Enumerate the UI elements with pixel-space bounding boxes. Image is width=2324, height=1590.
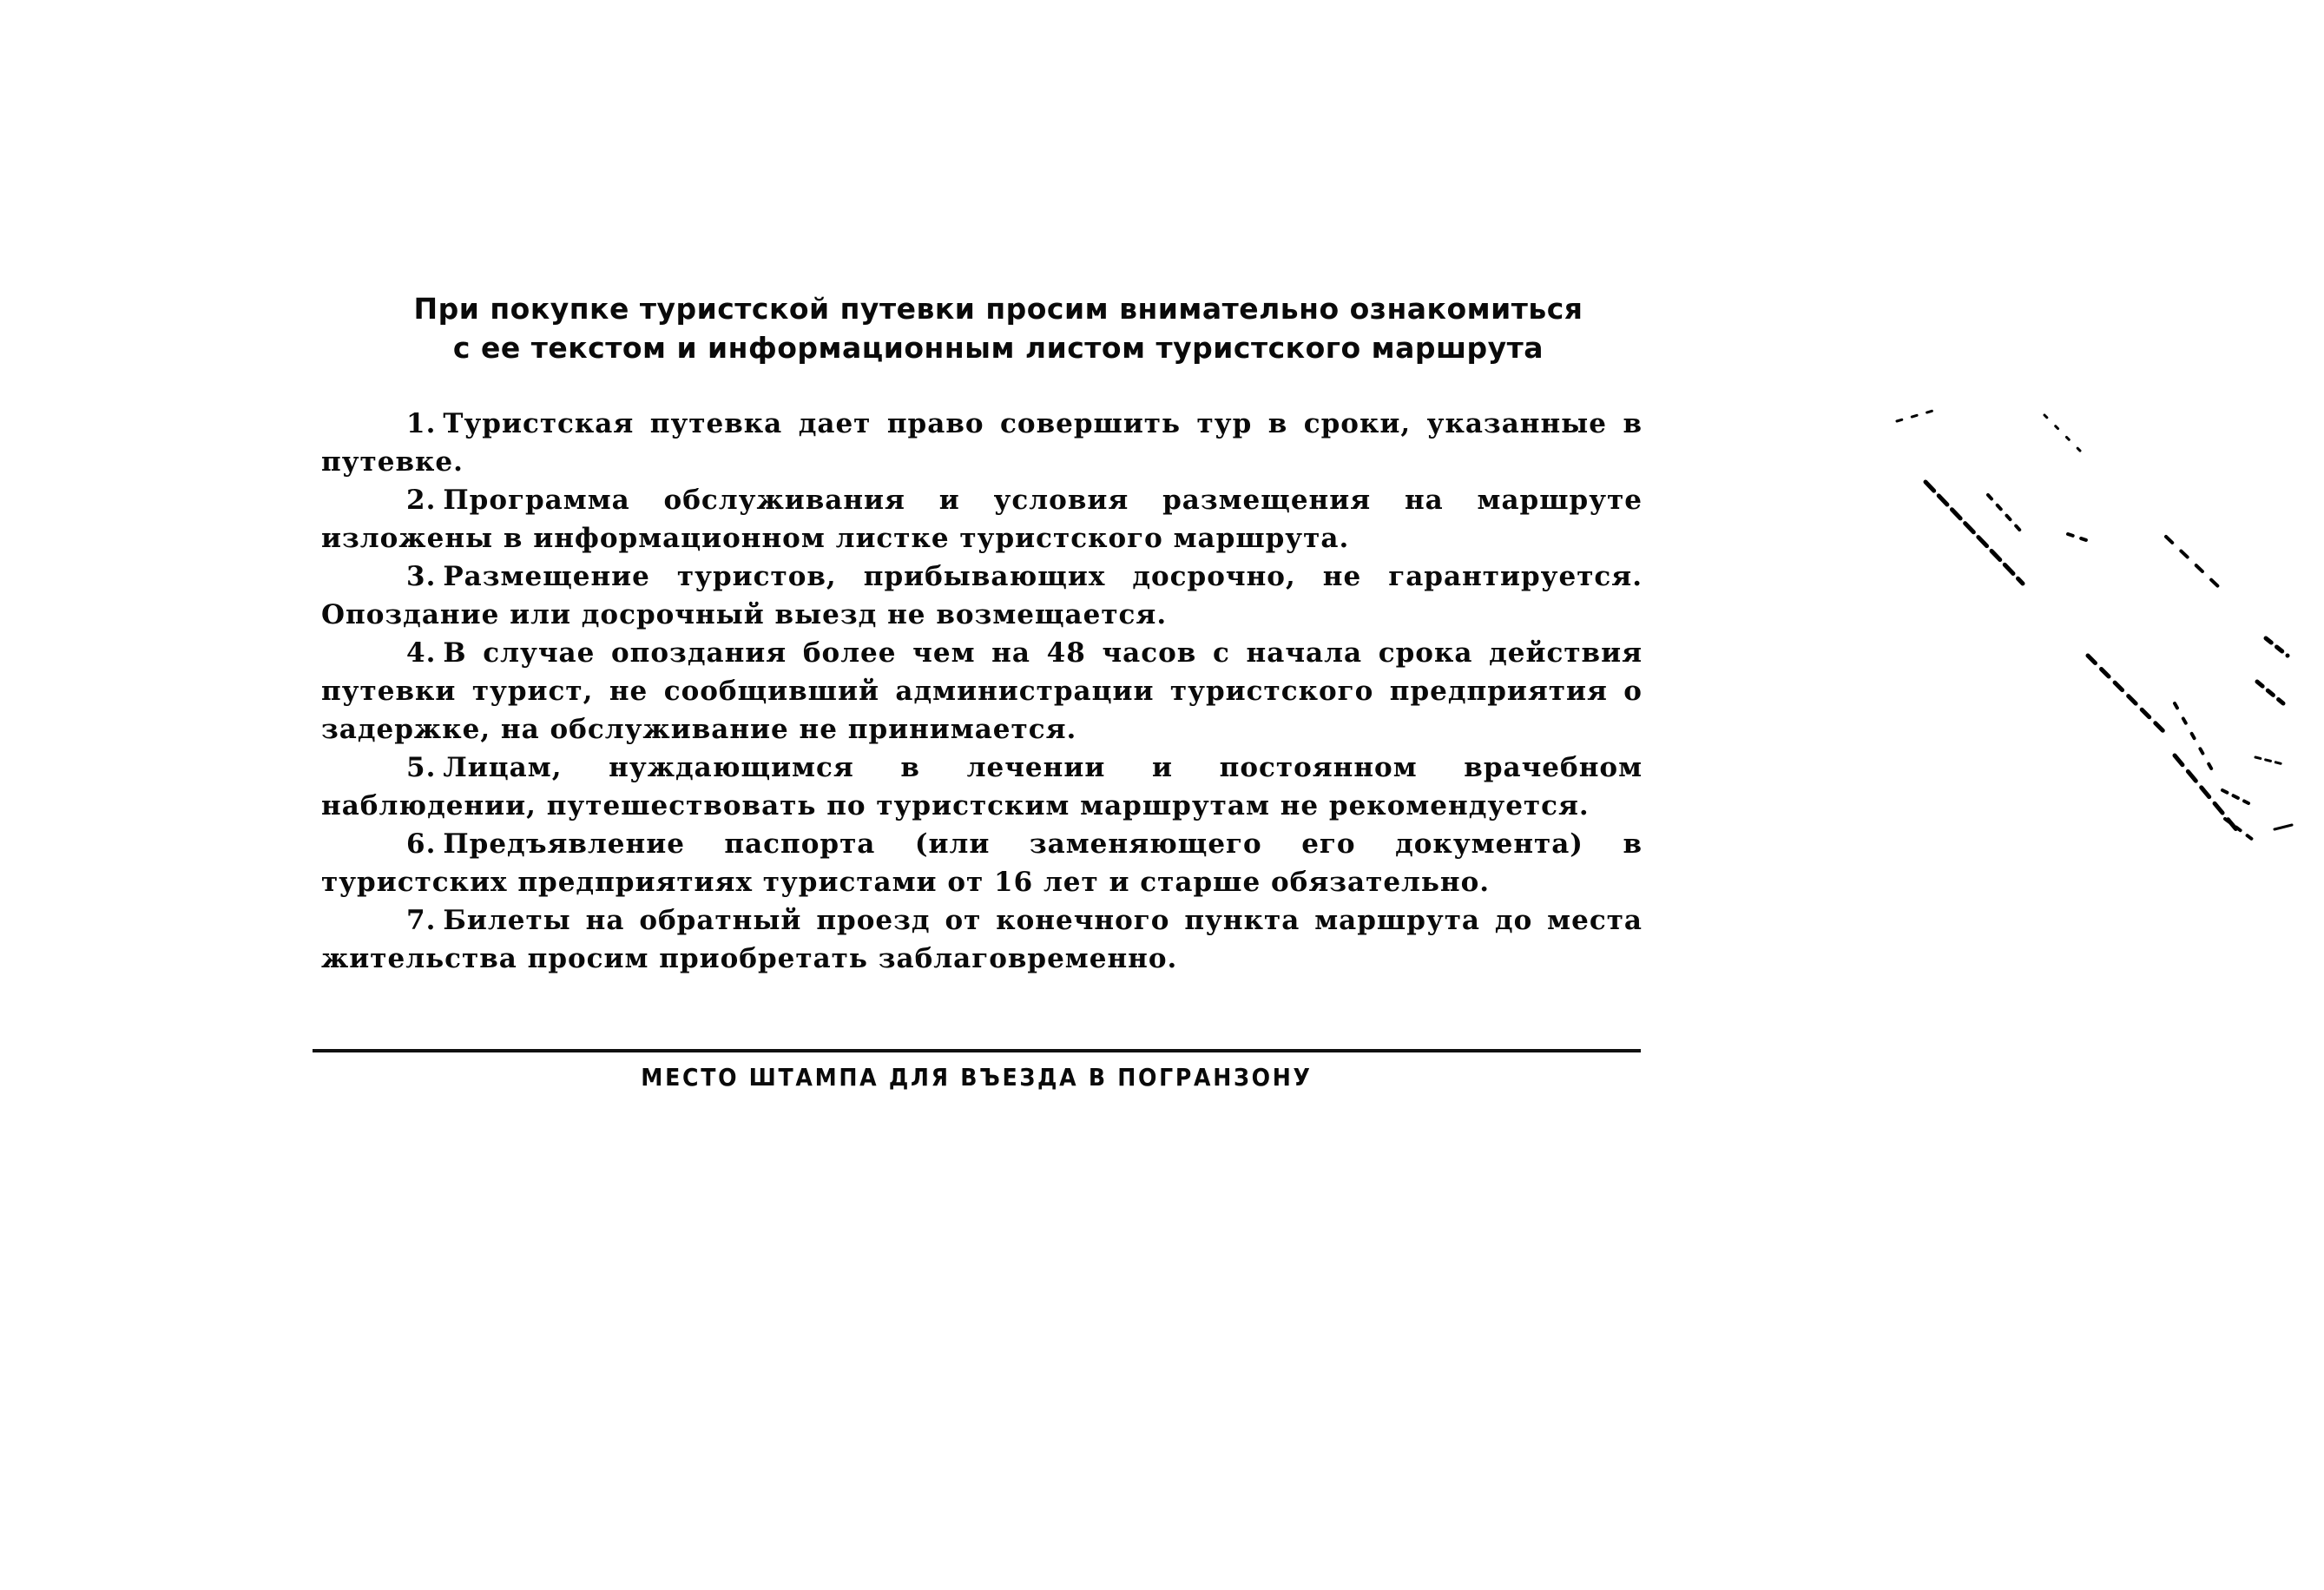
rules-list: 1.Туристская путевка дает право совершит… [321,405,1643,978]
rule-item: 2.Программа обслуживания и условия разме… [321,481,1643,557]
rule-item: 4.В случае опоздания более чем на 48 час… [321,634,1643,749]
rule-text: Предъявление паспорта (или заменяющего е… [321,828,1643,898]
rule-item: 6.Предъявление паспорта (или заменяющего… [321,825,1643,901]
rule-item: 5.Лицам, нуждающимся в лечении и постоян… [321,749,1643,825]
rule-item: 3.Размещение туристов, прибывающих досро… [321,557,1643,634]
rule-item: 1.Туристская путевка дает право совершит… [321,405,1643,481]
document-page: При покупке туристской путевки просим вн… [0,0,2324,1590]
rule-text: Туристская путевка дает право совершить … [321,408,1643,478]
rule-text: Программа обслуживания и условия размеще… [321,485,1643,554]
scan-artifact-marks [1866,391,2324,1172]
rule-text: Билеты на обратный проезд от конечного п… [321,905,1643,974]
rule-number: 5. [406,752,436,783]
heading-line-1: При покупке туристской путевки просим вн… [365,289,1632,328]
rule-number: 2. [406,485,436,516]
document-heading: При покупке туристской путевки просим вн… [365,289,1632,367]
rule-text: В случае опоздания более чем на 48 часов… [321,637,1643,745]
stamp-area-label: МЕСТО ШТАМПА ДЛЯ ВЪЕЗДА В ПОГРАНЗОНУ [379,1063,1575,1092]
rule-number: 3. [406,561,436,592]
rule-number: 1. [406,408,436,439]
rule-text: Лицам, нуждающимся в лечении и постоянно… [321,752,1643,821]
heading-line-2: с ее текстом и информационным листом тур… [365,328,1632,367]
stamp-divider-line [313,1049,1641,1052]
rule-number: 7. [406,905,436,936]
rule-number: 6. [406,828,436,860]
rule-item: 7.Билеты на обратный проезд от конечного… [321,901,1643,978]
rule-number: 4. [406,637,436,669]
rule-text: Размещение туристов, прибывающих досрочн… [321,561,1643,630]
